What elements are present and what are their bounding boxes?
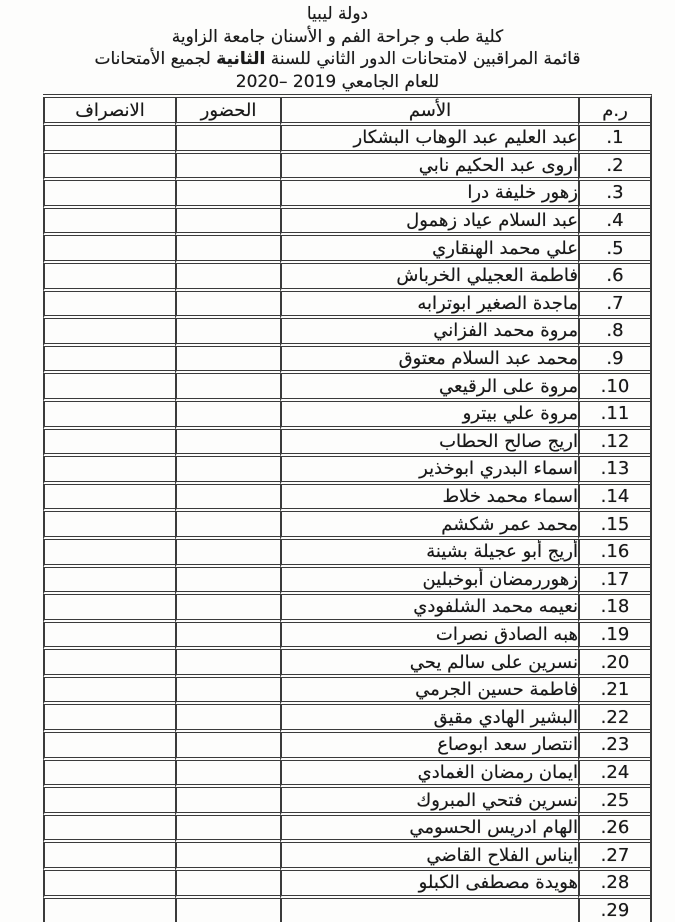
row-number-cell: 24. xyxy=(578,761,650,789)
row-number-cell: 27. xyxy=(578,843,650,871)
table-header-row: ر.م الأسم الحضور الانصراف xyxy=(43,98,650,126)
row-name-cell: محمد عبد السلام معتوق xyxy=(280,347,578,375)
row-name-cell: الهام ادريس الحسومي xyxy=(280,816,578,844)
row-departure-cell xyxy=(43,788,175,816)
proctor-roster-table: ر.م الأسم الحضور الانصراف 1.عبد العليم ع… xyxy=(43,94,652,922)
table-row: 23.انتصار سعد ابوصاع xyxy=(43,733,650,761)
row-number-cell: 7. xyxy=(578,292,650,320)
row-attendance-cell xyxy=(175,650,280,678)
row-name-cell: أريج أبو عجيلة بشينة xyxy=(280,540,578,568)
row-name-cell: ماجدة الصغير ابوترابه xyxy=(280,292,578,320)
row-departure-cell xyxy=(43,126,175,154)
row-number-cell: 3. xyxy=(578,181,650,209)
row-number-cell: 17. xyxy=(578,568,650,596)
row-name-cell: ايناس الفلاح القاضي xyxy=(280,843,578,871)
row-attendance-cell xyxy=(175,485,280,513)
row-departure-cell xyxy=(43,209,175,237)
row-number-cell: 9. xyxy=(578,347,650,375)
title-line3-bold-word: الثانية xyxy=(216,49,265,69)
row-number-cell: 25. xyxy=(578,788,650,816)
row-name-cell: اروى عبد الحكيم نابي xyxy=(280,154,578,182)
title-line-academic-year: للعام الجامعي 2019 –2020 xyxy=(0,71,675,94)
row-attendance-cell xyxy=(175,236,280,264)
table-row: 5.علي محمد الهنقاري xyxy=(43,236,650,264)
row-number-cell: 14. xyxy=(578,485,650,513)
title-line-list-description: قائمة المراقبين لامتحانات الدور الثاني ل… xyxy=(0,48,675,71)
row-attendance-cell xyxy=(175,209,280,237)
row-number-cell: 2. xyxy=(578,154,650,182)
row-departure-cell xyxy=(43,871,175,899)
table-row: 22.البشير الهادي مقيق xyxy=(43,705,650,733)
row-number-cell: 10. xyxy=(578,374,650,402)
table-row: 3.زهور خليفة درا xyxy=(43,181,650,209)
row-number-cell: 22. xyxy=(578,705,650,733)
table-row: 9.محمد عبد السلام معتوق xyxy=(43,347,650,375)
row-number-cell: 6. xyxy=(578,264,650,292)
row-number-cell: 16. xyxy=(578,540,650,568)
row-name-cell: اسماء البدري ابوخذير xyxy=(280,457,578,485)
row-departure-cell xyxy=(43,512,175,540)
row-name-cell: مروة علي بيترو xyxy=(280,402,578,430)
row-departure-cell xyxy=(43,457,175,485)
row-name-cell: البشير الهادي مقيق xyxy=(280,705,578,733)
row-name-cell: محمد عمر شكشم xyxy=(280,512,578,540)
row-number-cell: 13. xyxy=(578,457,650,485)
row-departure-cell xyxy=(43,733,175,761)
row-name-cell: هويدة مصطفى الكبلو xyxy=(280,871,578,899)
row-departure-cell xyxy=(43,843,175,871)
row-name-cell xyxy=(280,899,578,922)
row-number-cell: 29. xyxy=(578,899,650,922)
row-attendance-cell xyxy=(175,347,280,375)
row-name-cell: هبه الصادق نصرات xyxy=(280,623,578,651)
table-row: 15.محمد عمر شكشم xyxy=(43,512,650,540)
table-row: 21.فاطمة حسين الجرمي xyxy=(43,678,650,706)
row-name-cell: زهوررمضان أبوخبلين xyxy=(280,568,578,596)
row-departure-cell xyxy=(43,236,175,264)
row-name-cell: فاطمة حسين الجرمي xyxy=(280,678,578,706)
column-header-departure: الانصراف xyxy=(43,98,175,126)
roster-table-body: 1.عبد العليم عبد الوهاب البشكار2.اروى عب… xyxy=(43,126,650,922)
title-line-country: دولة ليبيا xyxy=(0,3,675,26)
table-row: 13.اسماء البدري ابوخذير xyxy=(43,457,650,485)
row-name-cell: نعيمه محمد الشلفودي xyxy=(280,595,578,623)
row-name-cell: مروة محمد الفزاني xyxy=(280,319,578,347)
row-number-cell: 1. xyxy=(578,126,650,154)
row-departure-cell xyxy=(43,292,175,320)
column-header-number: ر.م xyxy=(578,98,650,126)
row-attendance-cell xyxy=(175,761,280,789)
row-attendance-cell xyxy=(175,678,280,706)
row-name-cell: انتصار سعد ابوصاع xyxy=(280,733,578,761)
column-header-attendance: الحضور xyxy=(175,98,280,126)
column-header-name: الأسم xyxy=(280,98,578,126)
table-row: 19.هبه الصادق نصرات xyxy=(43,623,650,651)
row-attendance-cell xyxy=(175,843,280,871)
row-name-cell: مروة على الرقيعي xyxy=(280,374,578,402)
row-attendance-cell xyxy=(175,788,280,816)
document-title-block: دولة ليبيا كلية طب و جراحة الفم و الأسنا… xyxy=(0,0,675,93)
table-row: 6.فاطمة العجيلي الخرباش xyxy=(43,264,650,292)
row-attendance-cell xyxy=(175,402,280,430)
row-departure-cell xyxy=(43,568,175,596)
scanned-document-page: دولة ليبيا كلية طب و جراحة الفم و الأسنا… xyxy=(0,0,675,922)
row-departure-cell xyxy=(43,181,175,209)
row-number-cell: 23. xyxy=(578,733,650,761)
row-departure-cell xyxy=(43,595,175,623)
table-row: 11.مروة علي بيترو xyxy=(43,402,650,430)
row-number-cell: 15. xyxy=(578,512,650,540)
row-attendance-cell xyxy=(175,733,280,761)
table-row: 17.زهوررمضان أبوخبلين xyxy=(43,568,650,596)
row-attendance-cell xyxy=(175,126,280,154)
row-attendance-cell xyxy=(175,430,280,458)
row-departure-cell xyxy=(43,347,175,375)
row-number-cell: 21. xyxy=(578,678,650,706)
row-name-cell: عبد العليم عبد الوهاب البشكار xyxy=(280,126,578,154)
table-row: 25.نسرين فتحي المبروك xyxy=(43,788,650,816)
table-row: 10.مروة على الرقيعي xyxy=(43,374,650,402)
table-row: 12.اريج صالح الحطاب xyxy=(43,430,650,458)
row-name-cell: نسرين فتحي المبروك xyxy=(280,788,578,816)
row-departure-cell xyxy=(43,264,175,292)
table-row: 7.ماجدة الصغير ابوترابه xyxy=(43,292,650,320)
row-number-cell: 20. xyxy=(578,650,650,678)
table-row: 4.عبد السلام عياد زهمول xyxy=(43,209,650,237)
row-name-cell: ايمان رمضان الغمادي xyxy=(280,761,578,789)
table-row: 16.أريج أبو عجيلة بشينة xyxy=(43,540,650,568)
table-row: 29. xyxy=(43,899,650,922)
row-number-cell: 8. xyxy=(578,319,650,347)
row-number-cell: 28. xyxy=(578,871,650,899)
row-attendance-cell xyxy=(175,374,280,402)
row-attendance-cell xyxy=(175,816,280,844)
row-departure-cell xyxy=(43,319,175,347)
row-number-cell: 26. xyxy=(578,816,650,844)
table-row: 8.مروة محمد الفزاني xyxy=(43,319,650,347)
row-attendance-cell xyxy=(175,292,280,320)
row-attendance-cell xyxy=(175,623,280,651)
row-attendance-cell xyxy=(175,154,280,182)
table-row: 14.اسماء محمد خلاط xyxy=(43,485,650,513)
row-number-cell: 12. xyxy=(578,430,650,458)
table-row: 2.اروى عبد الحكيم نابي xyxy=(43,154,650,182)
row-number-cell: 5. xyxy=(578,236,650,264)
table-row: 24.ايمان رمضان الغمادي xyxy=(43,761,650,789)
row-name-cell: اسماء محمد خلاط xyxy=(280,485,578,513)
row-departure-cell xyxy=(43,705,175,733)
table-row: 28.هويدة مصطفى الكبلو xyxy=(43,871,650,899)
row-attendance-cell xyxy=(175,512,280,540)
row-attendance-cell xyxy=(175,568,280,596)
row-attendance-cell xyxy=(175,457,280,485)
table-row: 20.نسرين على سالم يحي xyxy=(43,650,650,678)
row-departure-cell xyxy=(43,816,175,844)
row-name-cell: نسرين على سالم يحي xyxy=(280,650,578,678)
row-name-cell: اريج صالح الحطاب xyxy=(280,430,578,458)
row-departure-cell xyxy=(43,154,175,182)
row-attendance-cell xyxy=(175,540,280,568)
row-number-cell: 11. xyxy=(578,402,650,430)
row-attendance-cell xyxy=(175,595,280,623)
row-attendance-cell xyxy=(175,181,280,209)
row-number-cell: 4. xyxy=(578,209,650,237)
row-departure-cell xyxy=(43,899,175,922)
row-name-cell: علي محمد الهنقاري xyxy=(280,236,578,264)
table-row: 27.ايناس الفلاح القاضي xyxy=(43,843,650,871)
row-departure-cell xyxy=(43,623,175,651)
title-line-faculty: كلية طب و جراحة الفم و الأسنان جامعة الز… xyxy=(0,26,675,49)
row-departure-cell xyxy=(43,430,175,458)
row-attendance-cell xyxy=(175,264,280,292)
row-departure-cell xyxy=(43,761,175,789)
row-name-cell: فاطمة العجيلي الخرباش xyxy=(280,264,578,292)
row-departure-cell xyxy=(43,402,175,430)
row-attendance-cell xyxy=(175,899,280,922)
row-attendance-cell xyxy=(175,705,280,733)
title-line3-prefix: قائمة المراقبين لامتحانات الدور الثاني ل… xyxy=(265,49,580,69)
table-row: 26.الهام ادريس الحسومي xyxy=(43,816,650,844)
table-row: 18.نعيمه محمد الشلفودي xyxy=(43,595,650,623)
title-line3-suffix: لجميع الأمتحانات xyxy=(94,49,216,69)
row-departure-cell xyxy=(43,374,175,402)
table-row: 1.عبد العليم عبد الوهاب البشكار xyxy=(43,126,650,154)
row-departure-cell xyxy=(43,540,175,568)
row-attendance-cell xyxy=(175,319,280,347)
row-number-cell: 19. xyxy=(578,623,650,651)
row-departure-cell xyxy=(43,678,175,706)
row-number-cell: 18. xyxy=(578,595,650,623)
row-name-cell: زهور خليفة درا xyxy=(280,181,578,209)
row-name-cell: عبد السلام عياد زهمول xyxy=(280,209,578,237)
row-departure-cell xyxy=(43,650,175,678)
row-attendance-cell xyxy=(175,871,280,899)
row-departure-cell xyxy=(43,485,175,513)
